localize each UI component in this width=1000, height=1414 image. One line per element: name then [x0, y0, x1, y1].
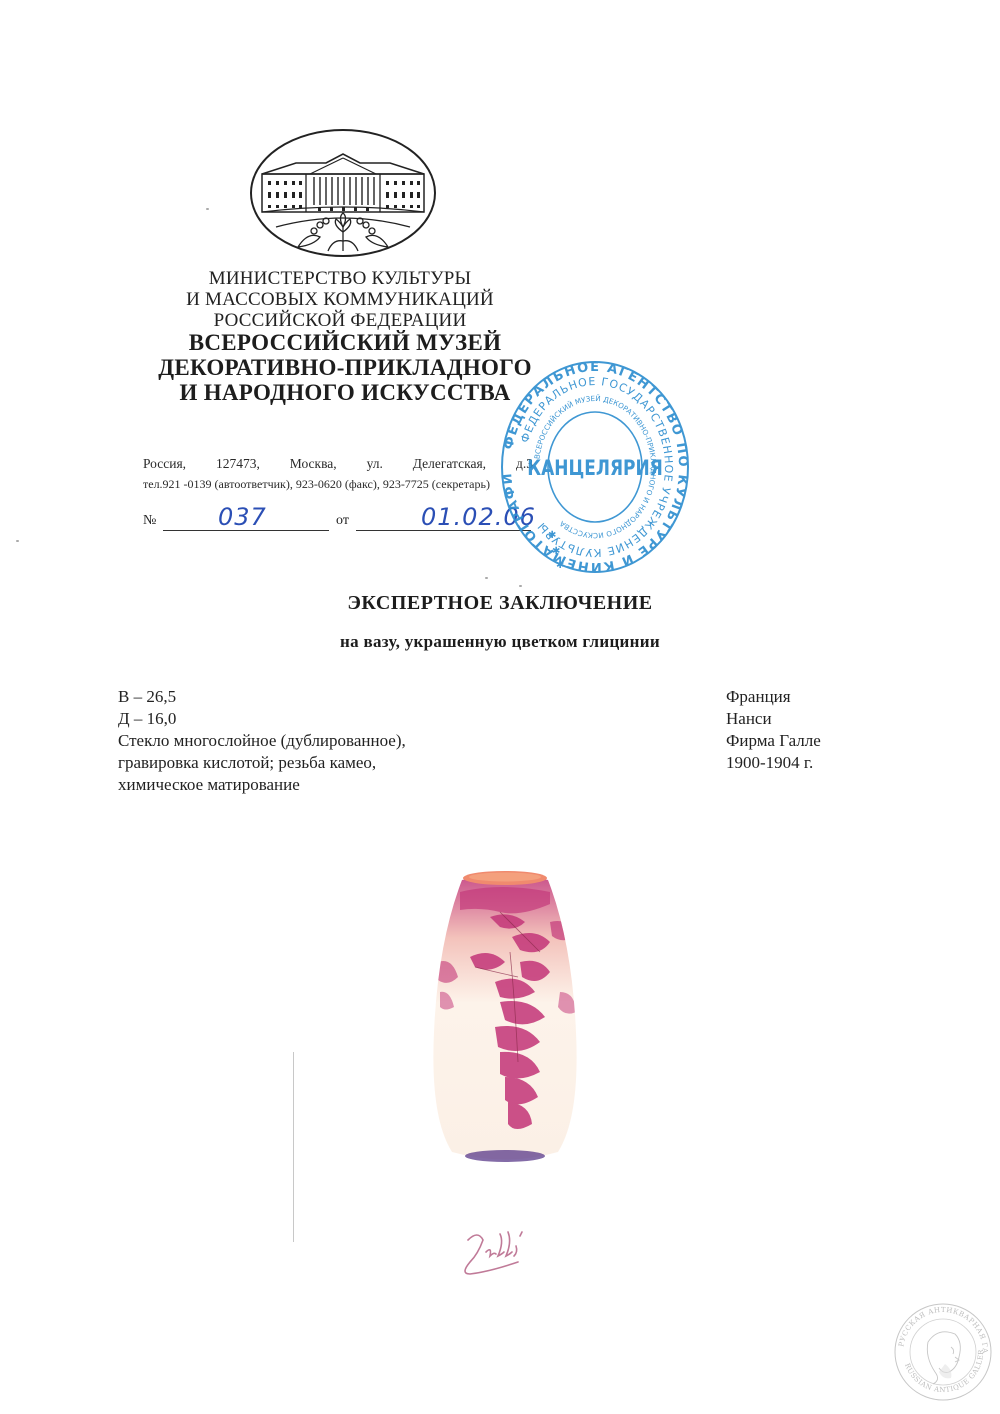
scan-speck	[519, 585, 522, 587]
spec-diameter: Д – 16,0	[118, 708, 406, 730]
spec-date: 1900-1904 г.	[726, 752, 821, 774]
ministry-line: РОССИЙСКОЙ ФЕДЕРАЦИИ	[140, 310, 540, 331]
ministry-line: МИНИСТЕРСТВО КУЛЬТУРЫ	[140, 268, 540, 289]
museum-line: И НАРОДНОГО ИСКУССТВА	[130, 380, 560, 405]
spec-country: Франция	[726, 686, 821, 708]
spec-maker: Фирма Галле	[726, 730, 821, 752]
signature-text: Gallé	[448, 1222, 451, 1223]
scan-artifact-line	[293, 1052, 294, 1242]
specs-left: В – 26,5 Д – 16,0 Стекло многослойное (д…	[118, 686, 406, 796]
registration-number: 037	[218, 503, 267, 531]
spec-material: Стекло многослойное (дублированное),	[118, 730, 406, 752]
address-block: Россия, 127473, Москва, ул. Делегатская,…	[143, 454, 533, 494]
museum-name: ВСЕРОССИЙСКИЙ МУЗЕЙ ДЕКОРАТИВНО-ПРИКЛАДН…	[130, 330, 560, 405]
museum-line: ДЕКОРАТИВНО-ПРИКЛАДНОГО	[130, 355, 560, 380]
museum-logo	[248, 127, 438, 259]
star-icon: ✱	[556, 560, 564, 571]
address-phones: тел.921 -0139 (автоответчик), 923-0620 (…	[143, 474, 533, 494]
svg-text:РУССКАЯ АНТИКВАРНАЯ ГАЛЕРЕЯ: РУССКАЯ АНТИКВАРНАЯ ГАЛЕРЕЯ	[893, 1302, 989, 1354]
address-country: Россия,	[143, 454, 186, 474]
number-label: №	[143, 513, 156, 529]
address-line: Россия, 127473, Москва, ул. Делегатская,…	[143, 454, 533, 474]
spec-city: Нанси	[726, 708, 821, 730]
registration-line: № 037 от 01.02.06	[143, 505, 533, 535]
seal-text-top: РУССКАЯ АНТИКВАРНАЯ ГАЛЕРЕЯ	[893, 1302, 989, 1354]
address-street-prefix: ул.	[367, 454, 383, 474]
office-stamp: ФЕДЕРАЛЬНОЕ АГЕНТСТВО ПО КУЛЬТУРЕ И КИНЕ…	[500, 360, 690, 575]
address-street: Делегатская,	[413, 454, 486, 474]
scan-speck	[485, 577, 488, 579]
address-city: Москва,	[290, 454, 337, 474]
vase-photo	[400, 862, 610, 1182]
gallery-watermark-seal: РУССКАЯ АНТИКВАРНАЯ ГАЛЕРЕЯ RUSSIAN ANTI…	[893, 1302, 993, 1402]
scan-speck	[206, 208, 209, 210]
specs-right: Франция Нанси Фирма Галле 1900-1904 г.	[726, 686, 821, 774]
spec-technique: гравировка кислотой; резьба камео,	[118, 752, 406, 774]
scan-speck	[16, 540, 19, 542]
star-icon: ✱	[552, 546, 560, 557]
star-icon: ✱	[548, 530, 556, 541]
ministry-name: МИНИСТЕРСТВО КУЛЬТУРЫ И МАССОВЫХ КОММУНИ…	[140, 268, 540, 331]
ministry-line: И МАССОВЫХ КОММУНИКАЦИЙ	[140, 289, 540, 310]
document-subtitle: на вазу, украшенную цветком глицинии	[0, 632, 1000, 652]
stamp-center-text: КАНЦЕЛЯРИЯ	[527, 455, 663, 480]
spec-height: В – 26,5	[118, 686, 406, 708]
spec-finish: химическое матирование	[118, 774, 406, 796]
address-postcode: 127473,	[216, 454, 260, 474]
date-label: от	[336, 513, 349, 529]
document-title: ЭКСПЕРТНОЕ ЗАКЛЮЧЕНИЕ	[0, 592, 1000, 615]
galle-signature: Gallé	[448, 1222, 548, 1282]
museum-line: ВСЕРОССИЙСКИЙ МУЗЕЙ	[130, 330, 560, 355]
